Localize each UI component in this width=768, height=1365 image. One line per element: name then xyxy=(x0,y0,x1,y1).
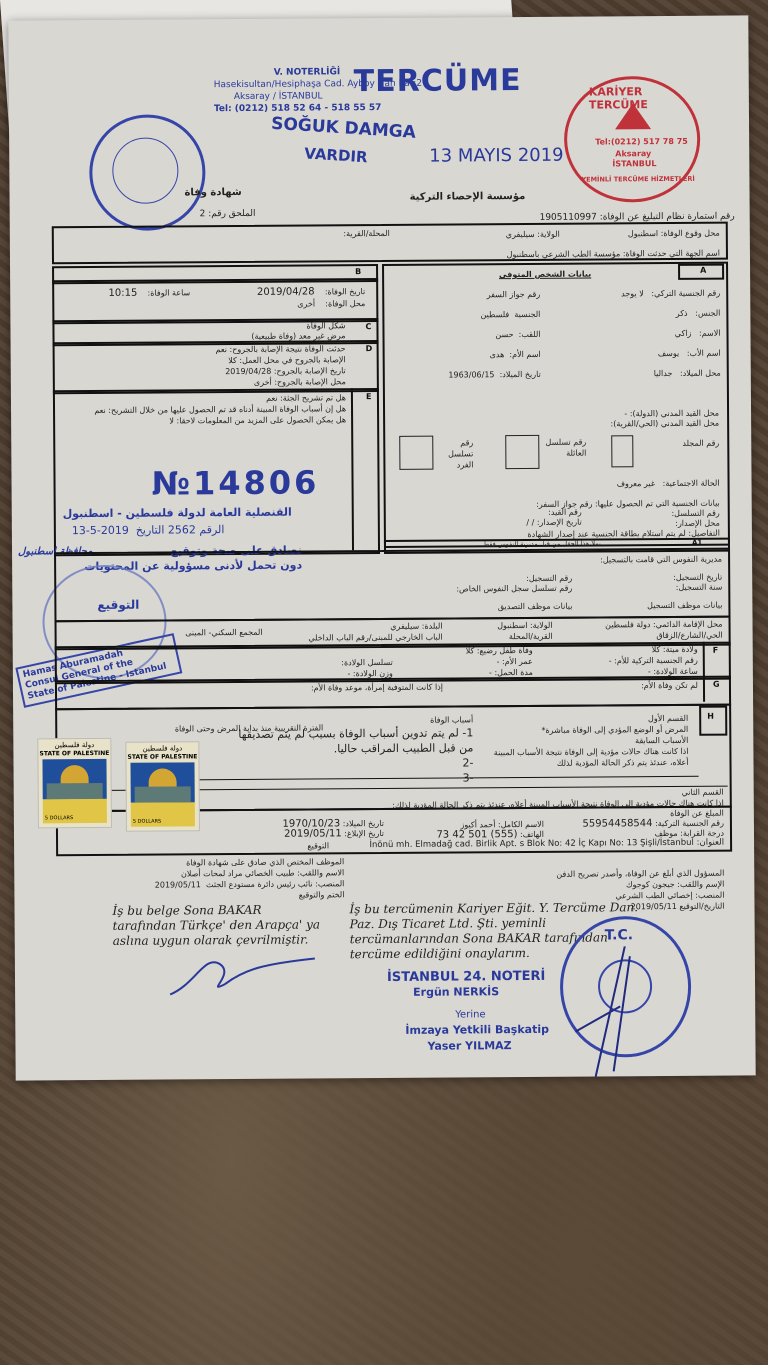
palestine-revenue-stamp: دولة فلسطين STATE OF PALESTINE 5 DOLLARS xyxy=(37,738,112,829)
family-seq-box xyxy=(505,435,539,469)
notary-office: İSTANBUL 24. NOTERİ xyxy=(387,969,545,985)
residence-town: البلدة: سيليفريالباب الخارجي للمبنى/رقم … xyxy=(263,621,443,644)
registry-dept: مديرية النفوس التي قامت بالتسجيل: xyxy=(472,554,722,567)
informant-report-date: تاريخ الإبلاغ: 2019/05/11 xyxy=(254,828,384,840)
issue-date-label: تاريخ الإصدار: / / xyxy=(472,517,582,529)
translator-signature xyxy=(165,943,325,1004)
section-b-letter: B xyxy=(355,267,361,276)
section-e-letter: E xyxy=(366,392,372,401)
informant-signature-label: التوقيع xyxy=(284,840,329,851)
marital-status: الحالة الاجتماعية: غير معروف xyxy=(532,478,720,490)
notary-on-behalf: Yerine xyxy=(455,1009,485,1020)
annex-number: الملحق رقم: 2 xyxy=(200,209,256,220)
registry-district: محل القيد المدني (الحي/القرية): xyxy=(461,418,719,431)
period-label: الفترة التقريبية منذ بداية المرض وحتى ال… xyxy=(153,722,323,734)
section-f-col1: ولادة ميتة: كلارقم الجنسية التركية للأم:… xyxy=(553,644,698,678)
death-place: محل الوفاة: أخرى xyxy=(210,298,365,310)
death-date: تاريخ الوفاة: 2019/04/28 xyxy=(210,286,365,298)
stamp-date: 13 MAYIS 2019 xyxy=(429,145,563,167)
registry-year: سنة التسجيل: xyxy=(612,582,722,594)
notary-clerk: Yaser YILMAZ xyxy=(427,1039,511,1053)
section-g-left: لم تكن وفاة الأم: xyxy=(573,680,698,692)
volume-label: رقم المجلد xyxy=(651,438,719,449)
section-h-part1: القسم الأول المرض أو الوضع المؤدي إلى ال… xyxy=(483,713,688,769)
palestine-revenue-stamp: دولة فلسطين STATE OF PALESTINE 5 DOLLARS xyxy=(125,741,200,832)
section-c-letter: C xyxy=(365,322,371,331)
district: المحلة/القرية: xyxy=(300,228,390,240)
confirm-officer: بيانات موظف التصديق xyxy=(402,601,572,613)
section-a-letter: A xyxy=(700,266,706,275)
notary-authorized: İmzaya Yetkili Başkatip xyxy=(405,1023,549,1037)
autopsy-info: هل تم تشريح الجثة: نعم هل إن أسباب الوفا… xyxy=(71,392,346,427)
notary-name-bottom: Ergün NERKİS xyxy=(413,985,499,999)
consulate-number-stamp: №14806 xyxy=(151,463,319,502)
kariyer-ring: YEMİNLİ TERCÜME HİZMETLERİ xyxy=(581,175,694,184)
kariyer-tel: Tel:(0212) 517 78 75 xyxy=(595,137,688,147)
kariyer-city2: İSTANBUL xyxy=(612,159,656,168)
residence-province: الولاية: اسطنبولالقرية/المحلة xyxy=(453,620,553,643)
individual-seq-box xyxy=(399,436,433,470)
registry-serial: رقم تسلسل سجل النفوس الخاص: xyxy=(402,583,572,595)
consulate-name: القنصلية العامة لدولة فلسطين - اسطنبول xyxy=(62,507,292,520)
section-a1-letter: A1 xyxy=(692,539,702,547)
death-time: ساعة الوفاة: 10:15 xyxy=(80,287,190,299)
tercume-stamp: TERCÜME xyxy=(354,63,522,99)
document-title: شهادة وفاة xyxy=(184,187,241,198)
death-certificate-document: V. NOTERLİĞİ Hasekisultan/Hesiphaşa Cad.… xyxy=(8,15,755,1080)
round-notary-seal xyxy=(89,114,206,231)
individual-seq-label: رقم تسلسل الفرد xyxy=(439,437,473,470)
section-d-letter: D xyxy=(366,344,373,353)
translator-statement: İş bu belge Sona BAKAR tarafından Türkçe… xyxy=(112,902,322,948)
kariyer-city1: Aksaray xyxy=(615,149,651,158)
section-a-title: بيانات الشخص المتوفى xyxy=(470,268,620,280)
cold-stamp-line2: VARDIR xyxy=(304,144,368,166)
institution-name: مؤسسة الإحصاء التركية xyxy=(410,191,526,203)
kariyer-logo-icon xyxy=(615,103,651,129)
section-f-col2: وفاة طفل رضيع: كلاعمر الأم: -مدة الحمل: … xyxy=(413,645,533,679)
province: الولاية: سيليفري xyxy=(470,229,560,241)
injury-info: حدثت الوفاة نتيجة الإصابة بالجروح: نعم ا… xyxy=(131,343,346,388)
kariyer-tercume-stamp: KARİYER TERCÜME Tel:(0212) 517 78 75 Aks… xyxy=(564,76,701,203)
consulate-ref: 13-5-2019 الرقم 2562 التاريخ xyxy=(72,523,225,537)
certifying-official: الموظف المختص الذي صادق على شهادة الوفاة… xyxy=(134,856,344,901)
cold-stamp-line1: SOĞUK DAMGA xyxy=(271,114,417,143)
facility: اسم الجهة التي حدثت الوفاة: مؤسسة الطب ا… xyxy=(430,248,720,261)
section-f-letter: F xyxy=(713,646,719,655)
volume-box xyxy=(611,435,633,467)
residence-complex: المجمع السكني- المبنى xyxy=(163,627,263,639)
section-h-letter: H xyxy=(707,712,714,721)
notary-phone: Tel: (0212) 518 52 64 - 518 55 57 xyxy=(214,102,422,115)
section-f-col3: تسلسل الولادة:وزن الولادة: - xyxy=(273,657,393,680)
seal-tc: T.C. xyxy=(605,927,633,943)
section-g-letter: G xyxy=(713,680,720,689)
family-seq-label: رقم تسلسل العائلة xyxy=(541,437,586,459)
notary-signature xyxy=(575,946,636,1086)
place-of-death: محل وقوع الوفاة: اسطنبول xyxy=(570,228,720,240)
registry-officer: بيانات موظف التسجيل xyxy=(612,600,722,612)
section-g-right: إذا كانت المتوفية إمرأة، موعد وفاة الأم: xyxy=(243,682,443,694)
residence-country: محل الإقامة الدائمي: دولة فلسطينالحي/الش… xyxy=(573,619,723,642)
